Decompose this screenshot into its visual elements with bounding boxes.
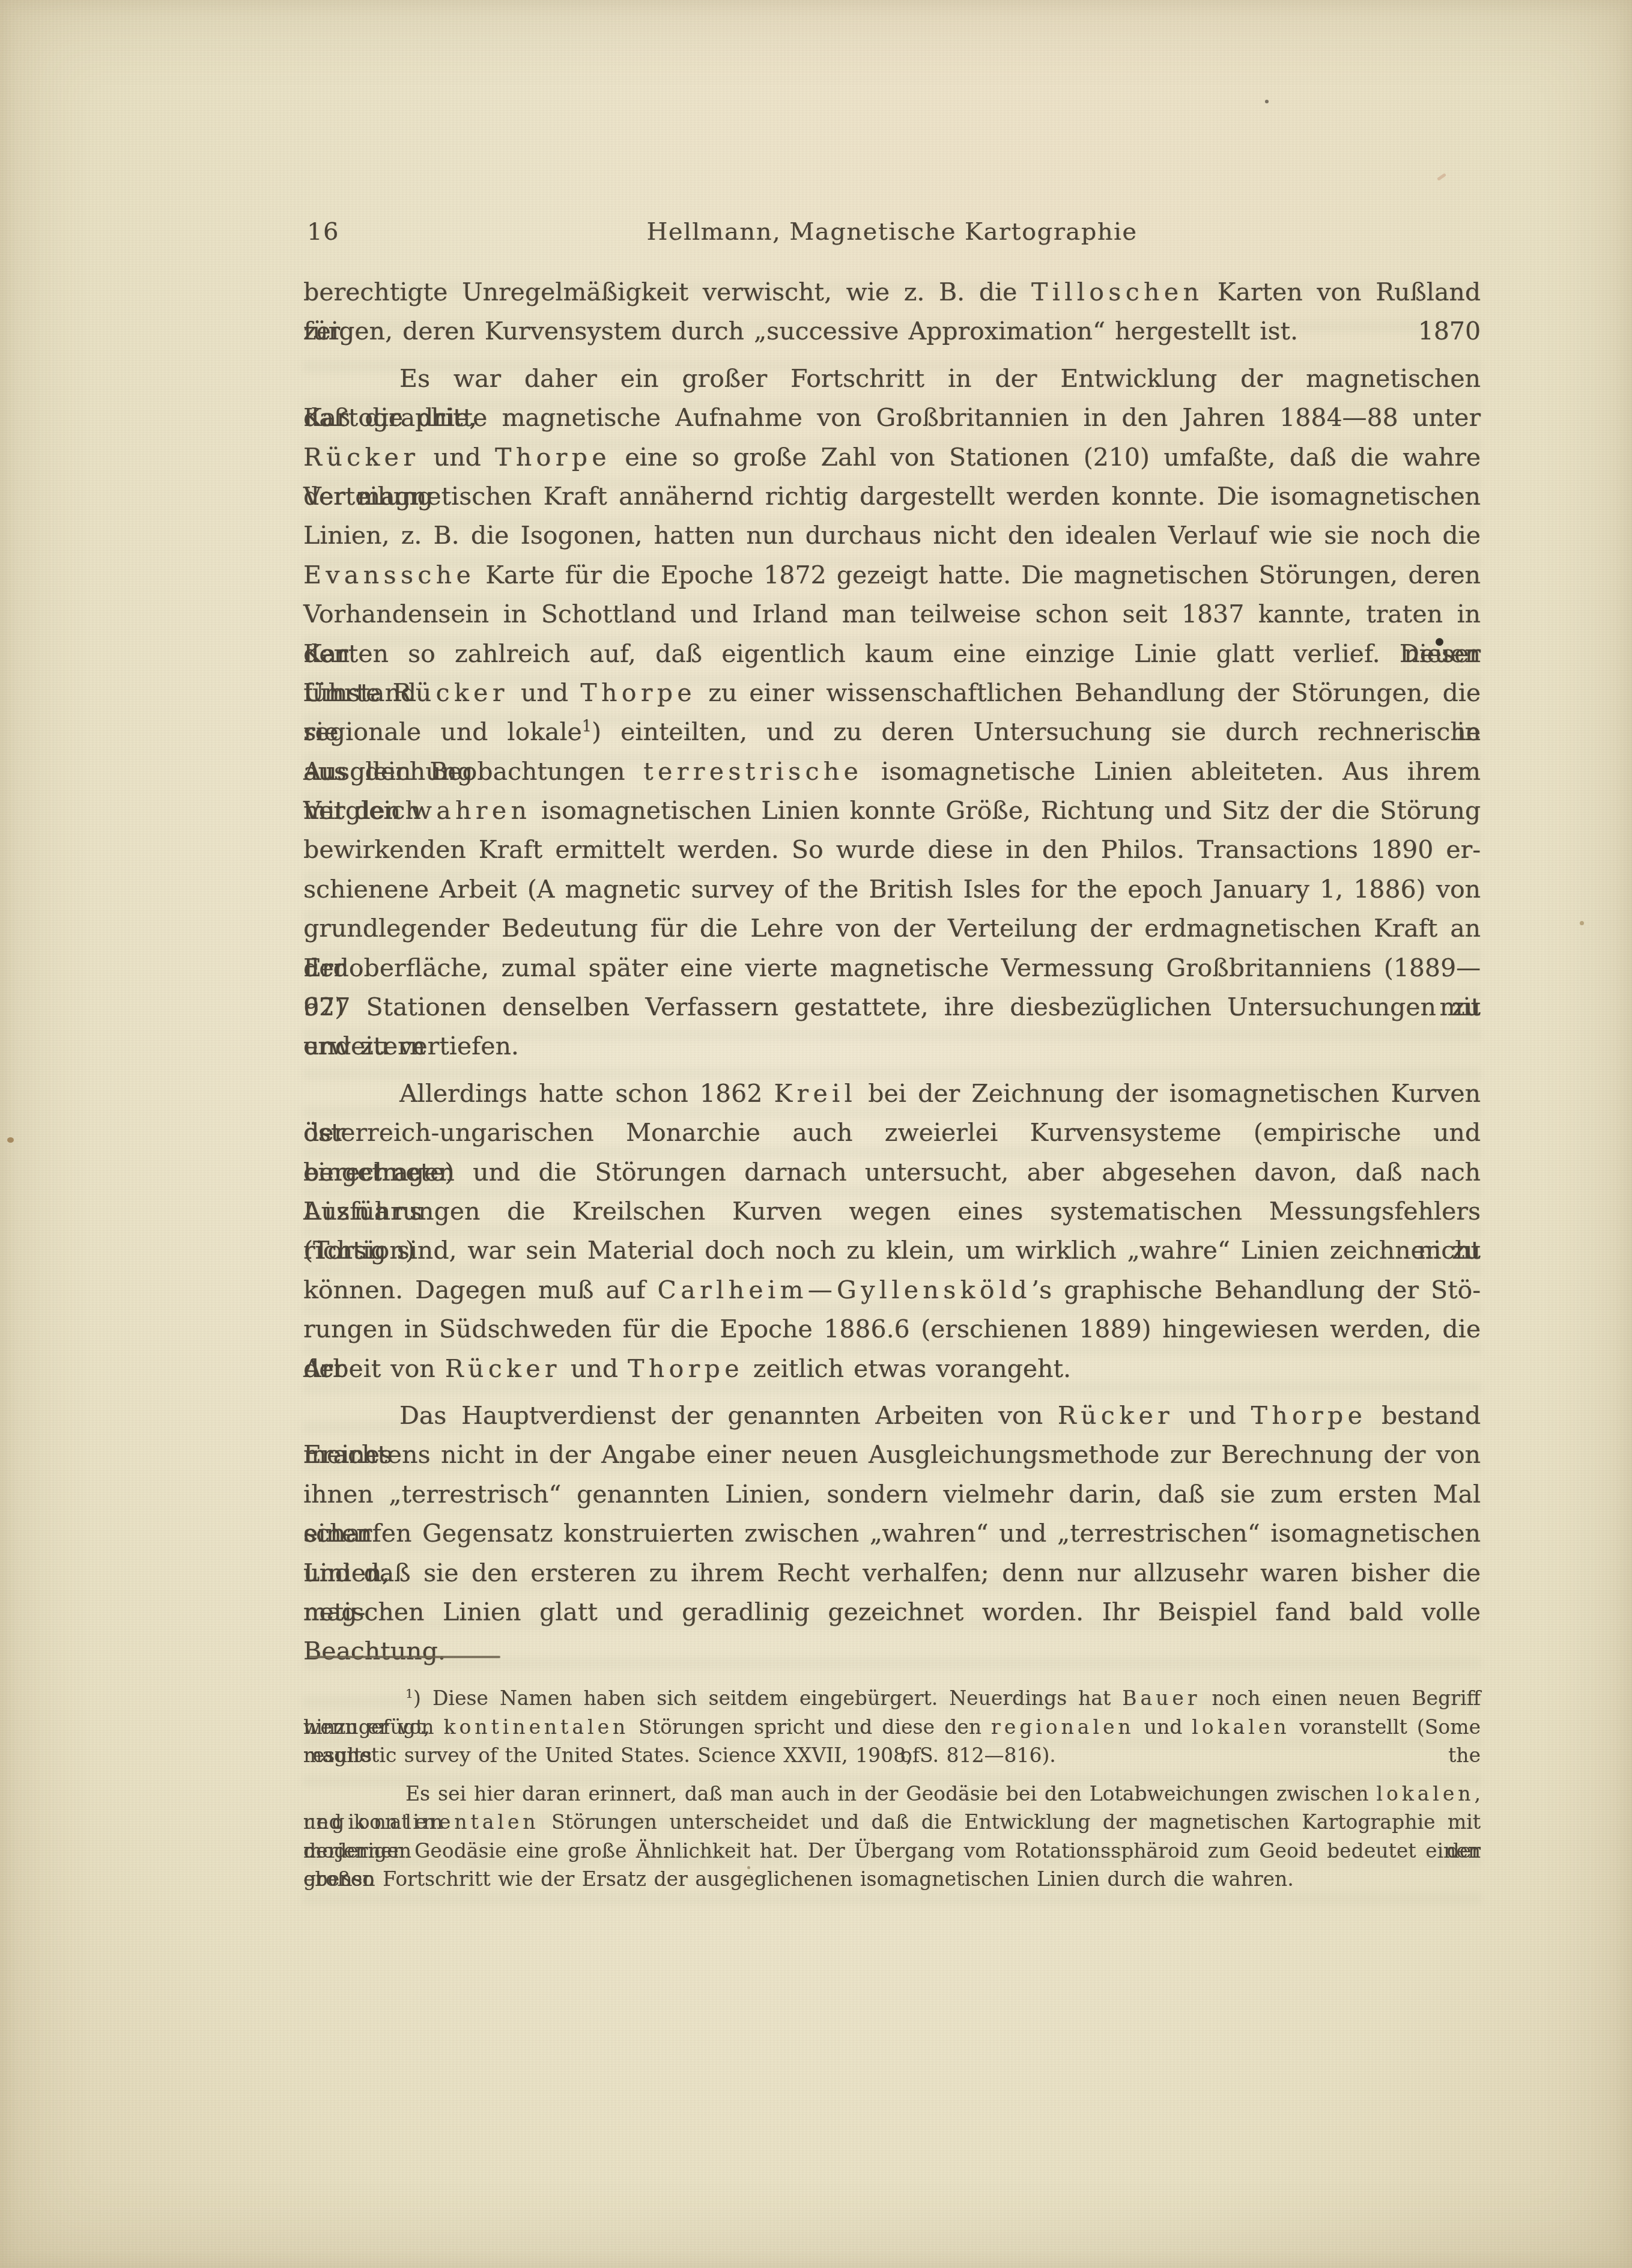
text-line: aus den Beobachtungen terrestrische isom… — [303, 752, 1481, 791]
text-line: berechtigte Unregelmäßigkeit verwischt, … — [303, 273, 1481, 312]
paper-speck — [7, 1137, 14, 1143]
text-line: und daß sie den ersteren zu ihrem Recht … — [303, 1554, 1481, 1593]
text-line: 677 Stationen denselben Verfassern gesta… — [303, 988, 1481, 1027]
text-line: Vorhandensein in Schottland und Irland m… — [303, 595, 1481, 634]
text-line: netischen Linien glatt und geradlinig ge… — [303, 1593, 1481, 1632]
text-line: und kontinentalen Störungen unterscheide… — [303, 1808, 1481, 1837]
book-page: 16 Hellmann, Magnetische Kartographie be… — [0, 0, 1632, 2268]
text-line: mit den wahren isomagnetischen Linien ko… — [303, 791, 1481, 830]
paper-speck — [1265, 100, 1269, 103]
text-line: wenn er von kontinentalen Störungen spri… — [303, 1713, 1481, 1742]
text-line: großen Fortschritt wie der Ersatz der au… — [303, 1865, 1481, 1894]
text-line: Das Hauptverdienst der genannten Arbeite… — [303, 1396, 1481, 1435]
text-line: 1) Diese Namen haben sich seitdem eingeb… — [303, 1684, 1481, 1713]
text-line: Ausführungen die Kreilschen Kurven wegen… — [303, 1192, 1481, 1231]
text-line: Evanssche Karte für die Epoche 1872 geze… — [303, 556, 1481, 595]
text-line: bewirkenden Kraft ermittelt werden. So w… — [303, 830, 1481, 869]
text-line: Es sei hier daran erinnert, daß man auch… — [303, 1780, 1481, 1808]
footnote-rule — [309, 1656, 500, 1658]
text-line: Allerdings hatte schon 1862 Kreil bei de… — [303, 1074, 1481, 1113]
text-line: Arbeit von Rücker und Thorpe zeitlich et… — [303, 1349, 1481, 1388]
text-line: Rücker und Thorpe eine so große Zahl von… — [303, 438, 1481, 477]
text-line: grundlegender Bedeutung für die Lehre vo… — [303, 909, 1481, 948]
text-line: Linien, z. B. die Isogonen, hatten nun d… — [303, 516, 1481, 555]
text-line: Erachtens nicht in der Angabe einer neue… — [303, 1435, 1481, 1474]
text-line: führte Rücker und Thorpe zu einer wissen… — [303, 673, 1481, 713]
running-title: Hellmann, Magnetische Kartographie — [303, 216, 1481, 248]
page-header: 16 Hellmann, Magnetische Kartographie — [303, 216, 1481, 248]
text-line: richtig sind, war sein Material doch noc… — [303, 1231, 1481, 1270]
text-line: und zu vertiefen. — [303, 1027, 1481, 1066]
page-number: 16 — [307, 216, 339, 248]
text-line: der magnetischen Kraft annähernd richtig… — [303, 477, 1481, 516]
text-line: modernen Geodäsie eine große Ähnlichkeit… — [303, 1837, 1481, 1865]
text-line: können. Dagegen muß auf Carlheim—Gyllens… — [303, 1271, 1481, 1310]
paper-speck — [1580, 921, 1584, 925]
text-line: Es war daher ein großer Fortschritt in d… — [303, 359, 1481, 398]
text-line: daß die dritte magnetische Aufnahme von … — [303, 398, 1481, 437]
text-line: eingetragen und die Störungen darnach un… — [303, 1153, 1481, 1192]
text-line: rungen in Südschweden für die Epoche 188… — [303, 1310, 1481, 1349]
text-line: Erdoberfläche, zumal später eine vierte … — [303, 949, 1481, 988]
paper-speck — [1437, 173, 1446, 181]
text-line: schienene Arbeit (A magnetic survey of t… — [303, 870, 1481, 909]
footnote-text: 1) Diese Namen haben sich seitdem eingeb… — [303, 1684, 1481, 1894]
text-line: regionale und lokale1) einteilten, und z… — [303, 713, 1481, 752]
text-line: ihnen „terrestrisch“ genannten Linien, s… — [303, 1475, 1481, 1514]
text-line: Karten so zahlreich auf, daß eigentlich … — [303, 634, 1481, 673]
ink-dot-artifact — [1436, 638, 1443, 646]
text-line: österreich-ungarischen Monarchie auch zw… — [303, 1113, 1481, 1152]
text-line: scharfen Gegensatz konstruierten zwische… — [303, 1514, 1481, 1553]
body-text: berechtigte Unregelmäßigkeit verwischt, … — [303, 273, 1481, 1632]
